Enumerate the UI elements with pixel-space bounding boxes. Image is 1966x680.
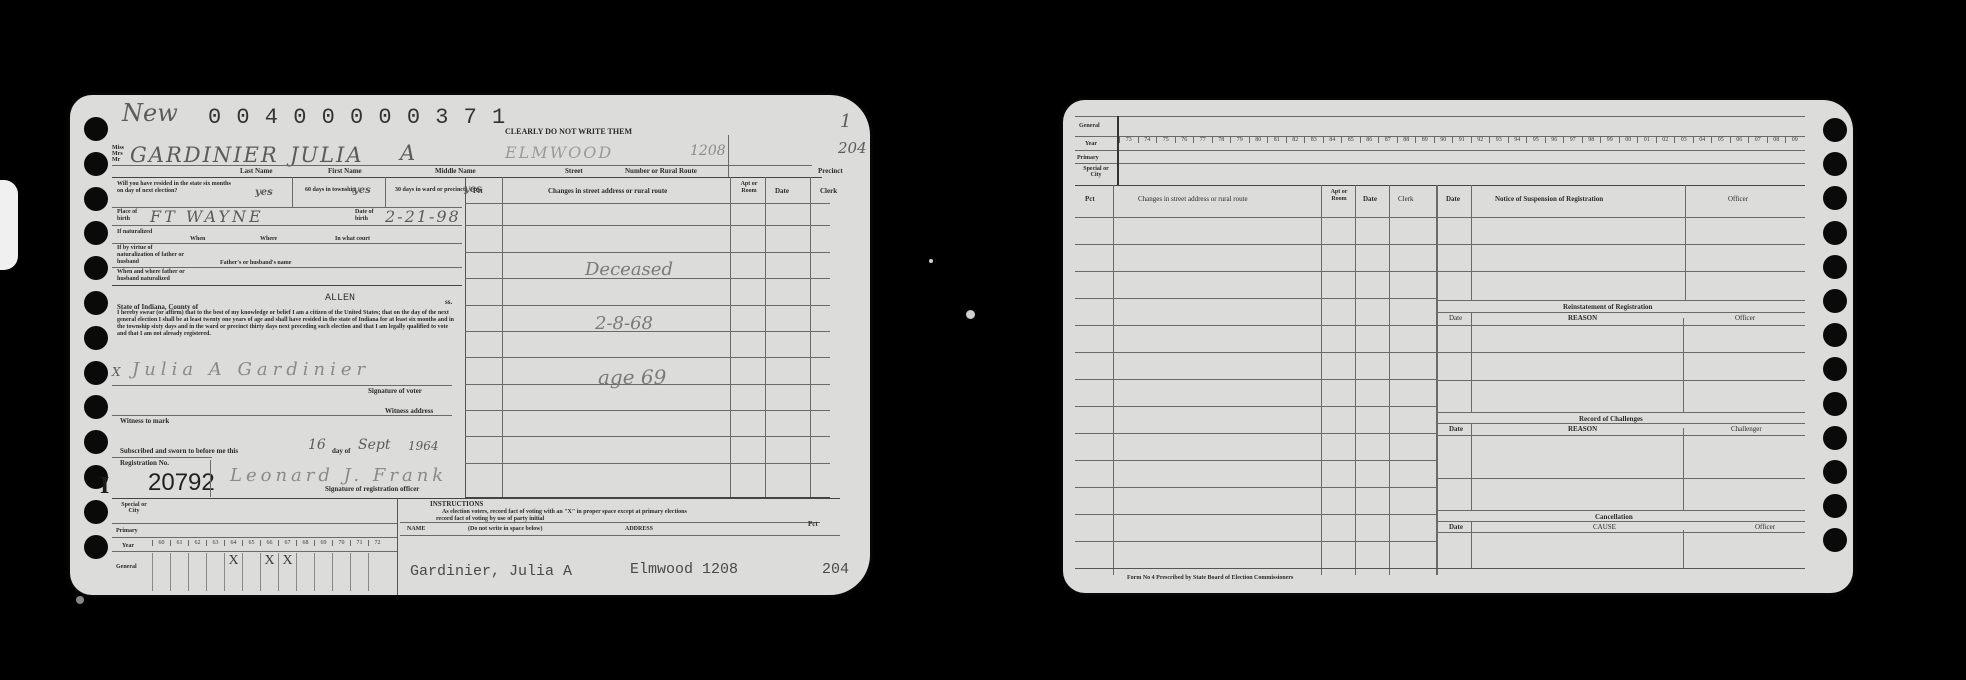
year-cell: 84: [1323, 137, 1342, 143]
year-cell: 61: [170, 540, 188, 546]
subscribed-month: Sept: [358, 437, 390, 453]
year-cell: 62: [188, 540, 206, 546]
year-cell: 67: [278, 540, 296, 546]
dust-speck: [929, 259, 933, 263]
label-pct: Pct: [808, 520, 818, 528]
label-place-of-birth: Place of birth: [117, 209, 147, 223]
q-ward: 30 days in ward or precinct: [395, 187, 465, 194]
year-cell: 90: [1434, 137, 1453, 143]
punch-hole: [84, 291, 108, 315]
year-cell: 78: [1212, 137, 1231, 143]
typed-precinct: 204: [822, 561, 849, 578]
a-township: yes: [353, 185, 371, 196]
row-general: General: [116, 563, 137, 571]
year-cell: 80: [1249, 137, 1268, 143]
year-cell: 85: [1341, 137, 1360, 143]
general-mark: [170, 553, 188, 591]
punch-hole: [1823, 118, 1847, 142]
label-by-virtue: If by virtue of naturalization of father…: [117, 245, 187, 266]
year-cell: 71: [350, 540, 368, 546]
year-cell: 09: [1785, 137, 1804, 143]
chal-col-challenger: Challenger: [1731, 425, 1762, 433]
col-changes: Changes in street address or rural route: [548, 187, 667, 195]
label-witness-mark: Witness to mark: [120, 417, 169, 425]
oath-text: I hereby swear (or affirm) that to the b…: [117, 310, 457, 338]
year-cell: 75: [1156, 137, 1175, 143]
label-day-of: day of: [332, 447, 350, 455]
year-cell: 83: [1304, 137, 1323, 143]
year-cell: 00: [1619, 137, 1638, 143]
punch-hole: [1823, 323, 1847, 347]
punch-hole: [84, 256, 108, 280]
general-mark: [188, 553, 206, 591]
label-middle-name: Middle Name: [435, 167, 476, 175]
year-cell: 63: [206, 540, 224, 546]
year-cell: 02: [1656, 137, 1675, 143]
year-cell: 74: [1138, 137, 1157, 143]
label-when: When: [190, 235, 205, 243]
col-pct: Pct: [1085, 195, 1095, 203]
punch-hole: [84, 500, 108, 524]
punch-hole: [84, 221, 108, 245]
year-cell: 88: [1397, 137, 1416, 143]
reinstatement-title: Reinstatement of Registration: [1563, 303, 1652, 311]
label-court: In what court: [335, 235, 370, 243]
year-cell: 82: [1286, 137, 1305, 143]
year-cell: 69: [314, 540, 332, 546]
place-of-birth: FT WAYNE: [150, 207, 264, 226]
col-clerk: Clerk: [1398, 195, 1414, 203]
label-first-name: First Name: [328, 167, 362, 175]
challenges-title: Record of Challenges: [1579, 415, 1643, 423]
general-mark: X: [260, 553, 278, 591]
year-row-back: 73 74 75 76 77 78 79 80 81 82 83 84 85 8…: [1119, 137, 1804, 143]
col-date: Date: [1363, 195, 1377, 203]
label-officer-signature: Signature of registration officer: [325, 485, 419, 493]
year-cell: 04: [1693, 137, 1712, 143]
label-father-name: Father's or husband's name: [220, 259, 291, 267]
label-when-where-father: When and where father or husband natural…: [117, 269, 187, 283]
punch-hole: [1823, 392, 1847, 416]
punch-hole: [1823, 426, 1847, 450]
typed-address: Elmwood 1208: [630, 561, 738, 578]
susp-col-date: Date: [1446, 195, 1460, 203]
year-cell: 05: [1711, 137, 1730, 143]
label-where: Where: [260, 235, 277, 243]
label-do-not-write: (Do not write in space below): [468, 525, 543, 533]
row-primary: Primary: [1077, 154, 1099, 162]
punch-hole: [84, 535, 108, 559]
middle-name: A: [400, 141, 415, 165]
subscribed-text: Subscribed and sworn to before me this: [120, 447, 238, 455]
year-cell: 64: [224, 540, 242, 546]
a-state-residence: yes: [255, 187, 273, 198]
punch-hole: [1823, 528, 1847, 552]
canc-col-cause: CAUSE: [1593, 523, 1616, 531]
label-witness-address: Witness address: [385, 407, 433, 415]
voter-registration-card-front: New 0 0 4 0 0 0 0 0 3 7 1 CLEARLY DO NOT…: [70, 95, 870, 595]
label-number: Number or Rural Route: [625, 167, 697, 175]
punch-hole: [1823, 152, 1847, 176]
row-year: Year: [1085, 140, 1097, 148]
rein-col-reason: REASON: [1568, 314, 1597, 322]
canc-col-officer: Officer: [1755, 523, 1775, 531]
officer-signature: Leonard J. Frank: [230, 465, 447, 486]
col-apt: Apt or Room: [1325, 189, 1353, 203]
year-cell: 97: [1563, 137, 1582, 143]
title-options: Miss Mrs Mr: [112, 145, 130, 163]
signature-mark: X: [112, 365, 121, 379]
street: ELMWOOD: [505, 143, 613, 162]
ss: ss.: [445, 298, 452, 306]
year-cell: 76: [1175, 137, 1194, 143]
form-footer: Form No 4 Prescribed by State Board of E…: [1127, 574, 1293, 582]
punch-hole: [84, 152, 108, 176]
label-signature-voter: Signature of voter: [368, 387, 422, 395]
year-cell: 91: [1452, 137, 1471, 143]
year-cell: 65: [242, 540, 260, 546]
adjacent-card-edge: [0, 180, 18, 270]
year-cell: 95: [1526, 137, 1545, 143]
year-row-front: 60 61 62 63 64 65 66 67 68 69 70 71 72: [152, 540, 386, 546]
last-name: GARDINIER: [130, 143, 279, 167]
chal-col-reason: REASON: [1568, 425, 1597, 433]
rein-col-date: Date: [1449, 314, 1462, 322]
label-name: NAME: [407, 525, 425, 533]
col-changes: Changes in street address or rural route: [1138, 195, 1248, 203]
label-precinct: Precinct: [818, 167, 843, 175]
punch-hole: [1823, 494, 1847, 518]
label-last-name: Last Name: [240, 167, 272, 175]
col-clerk: Clerk: [820, 187, 837, 195]
general-mark: [368, 553, 386, 591]
date-of-birth: 2-21-98: [385, 207, 461, 226]
punch-hole: [1823, 221, 1847, 245]
precinct: 204: [838, 139, 867, 157]
label-if-naturalized: If naturalized: [117, 229, 157, 236]
year-cell: 60: [152, 540, 170, 546]
voter-registration-card-back: General Year 73 74 75 76 77 78 79 80 81 …: [1063, 100, 1853, 593]
label-registration-no: Registration No.: [120, 459, 169, 467]
rein-col-officer: Officer: [1735, 314, 1755, 322]
general-mark: [296, 553, 314, 591]
year-cell: 70: [332, 540, 350, 546]
dust-speck: [966, 310, 975, 319]
general-mark: [314, 553, 332, 591]
row-year: Year: [122, 542, 134, 550]
punch-holes: [1823, 118, 1847, 552]
year-cell: 01: [1637, 137, 1656, 143]
new-annotation: New: [122, 99, 178, 127]
header-instruction: CLEARLY DO NOT WRITE THEM: [505, 128, 632, 136]
punch-hole: [1823, 460, 1847, 484]
cancellation-title: Cancellation: [1595, 513, 1633, 521]
punch-hole: [1823, 357, 1847, 381]
year-cell: 07: [1748, 137, 1767, 143]
punch-hole: [84, 326, 108, 350]
year-cell: 96: [1545, 137, 1564, 143]
year-cell: 68: [296, 540, 314, 546]
year-cell: 72: [368, 540, 386, 546]
first-name: JULIA: [290, 143, 364, 167]
year-cell: 87: [1378, 137, 1397, 143]
serial-number: 0 0 4 0 0 0 0 0 3 7 1: [208, 105, 506, 130]
instructions-title: INSTRUCTIONS: [430, 500, 483, 508]
year-cell: 03: [1674, 137, 1693, 143]
label-street: Street: [565, 167, 583, 175]
year-cell: 86: [1360, 137, 1379, 143]
chal-col-date: Date: [1449, 425, 1463, 433]
punch-hole: [1823, 289, 1847, 313]
year-cell: 06: [1730, 137, 1749, 143]
year-cell: 08: [1767, 137, 1786, 143]
general-mark: [242, 553, 260, 591]
corner-mark: 1: [840, 111, 851, 132]
registration-roman: I: [100, 473, 109, 500]
row-special-city: Special or City: [116, 502, 152, 514]
year-cell: 89: [1415, 137, 1434, 143]
note-date: 2-8-68: [595, 313, 653, 334]
col-apt: Apt or Room: [734, 181, 764, 195]
susp-col-notice: Notice of Suspension of Registration: [1495, 195, 1603, 203]
voter-signature: Julia A Gardinier: [132, 359, 370, 380]
general-mark: [350, 553, 368, 591]
general-mark: X: [278, 553, 296, 591]
year-cell: 99: [1600, 137, 1619, 143]
row-general: General: [1079, 122, 1100, 130]
dust-speck: [76, 596, 84, 604]
subscribed-year: 1964: [408, 439, 439, 453]
note-deceased: Deceased: [585, 259, 673, 280]
general-mark: [152, 553, 170, 591]
general-mark: X: [224, 553, 242, 591]
general-mark: [332, 553, 350, 591]
county: ALLEN: [325, 293, 355, 304]
punch-hole: [84, 187, 108, 211]
subscribed-day: 16: [308, 437, 326, 453]
punch-hole: [84, 430, 108, 454]
row-special-city: Special or City: [1079, 166, 1113, 178]
punch-hole: [1823, 186, 1847, 210]
house-number: 1208: [690, 143, 726, 159]
punch-hole: [1823, 255, 1847, 279]
punch-hole: [84, 361, 108, 385]
label-date-of-birth: Date of birth: [355, 209, 381, 223]
year-cell: 92: [1471, 137, 1490, 143]
susp-col-officer: Officer: [1728, 195, 1748, 203]
row-primary: Primary: [116, 527, 138, 535]
year-cell: 79: [1230, 137, 1249, 143]
registration-number: 20792: [148, 469, 215, 497]
col-pct: Pct: [473, 187, 483, 195]
year-cell: 73: [1119, 137, 1138, 143]
year-cell: 77: [1193, 137, 1212, 143]
typed-name: Gardinier, Julia A: [410, 563, 572, 580]
year-cell: 93: [1489, 137, 1508, 143]
note-age: age 69: [598, 365, 666, 389]
label-address: ADDRESS: [625, 525, 653, 533]
punch-hole: [84, 395, 108, 419]
q-state-residence: Will you have resided in the state six m…: [117, 181, 237, 195]
general-mark: [206, 553, 224, 591]
canc-col-date: Date: [1449, 523, 1463, 531]
year-cell: 94: [1508, 137, 1527, 143]
col-date: Date: [775, 187, 789, 195]
year-cell: 81: [1267, 137, 1286, 143]
general-marks-row: X X X: [152, 553, 386, 591]
punch-hole: [84, 117, 108, 141]
year-cell: 66: [260, 540, 278, 546]
year-cell: 98: [1582, 137, 1601, 143]
